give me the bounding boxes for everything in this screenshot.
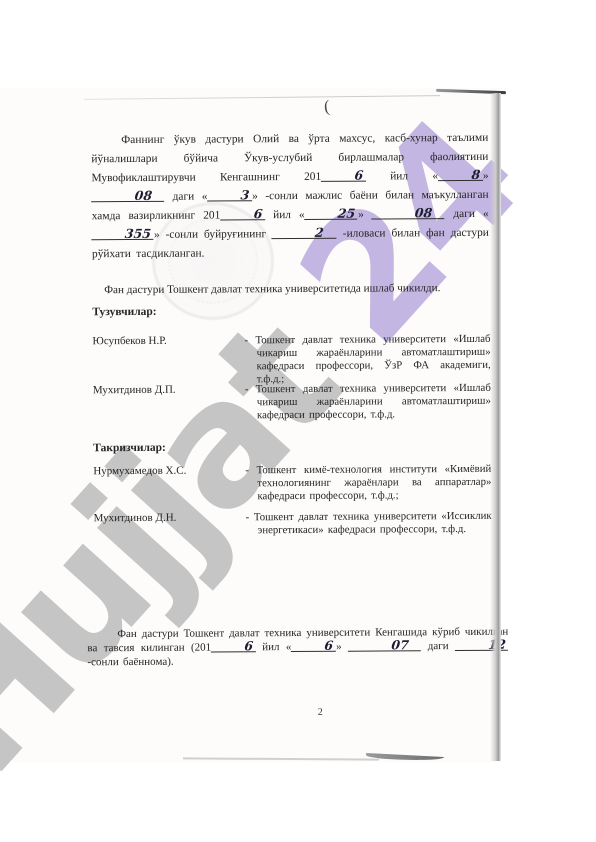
- p3-text: -сонли баённома).: [87, 655, 173, 668]
- handwritten-year-digit: 6: [321, 171, 367, 182]
- scanned-page: Hujjat 24 ( Фаннинг ўкув дастури Олий ва…: [0, 0, 596, 842]
- developed-at-line: Фан дастури Тошкент давлат техника униве…: [92, 281, 492, 297]
- dash: -: [244, 334, 255, 346]
- handwritten-day: 6: [291, 641, 337, 652]
- compiler-name: Юсупбеков Н.Р.: [92, 334, 242, 347]
- handwritten-day: 25: [304, 209, 358, 220]
- compiler-name: Мухитдинов Д.П.: [93, 383, 243, 396]
- dash: -: [245, 383, 256, 395]
- p3-text: йил «: [256, 641, 292, 653]
- handwritten-annex-number: 2: [272, 228, 338, 239]
- compilers-heading: Тузувчилар:: [92, 306, 156, 318]
- document-content: ( Фаннинг ўкув дастури Олий ва ўрта махс…: [0, 0, 596, 842]
- handwritten-year-digit: 6: [211, 641, 257, 652]
- handwritten-order-number: 355: [91, 229, 154, 240]
- compiler-description: - Тошкент давлат техника университети «И…: [244, 333, 490, 387]
- compiler-description: - Тошкент давлат техника университети «И…: [245, 382, 491, 423]
- handwritten-month: 08: [91, 191, 165, 202]
- handwritten-day: 8: [438, 170, 484, 181]
- p1-text: йил «: [265, 209, 305, 221]
- p1-text: даги «: [165, 191, 207, 203]
- p3-text: »: [336, 640, 348, 652]
- description-text: Тошкент давлат техника университети «Исс…: [254, 510, 492, 536]
- reviewer-name: Мухитдинов Д.Н.: [94, 511, 244, 524]
- reviewer-description: - Тошкент давлат техника университети «И…: [246, 510, 492, 538]
- approval-paragraph: Фаннинг ўкув дастури Олий ва ўрта махсус…: [91, 129, 489, 264]
- council-review-paragraph: Фан дастури Тошкент давлат техника униве…: [87, 626, 508, 670]
- page-number: 2: [318, 707, 323, 718]
- reviewers-heading: Такризчилар:: [93, 442, 166, 454]
- p1-text: » -сонли буйруғининг: [154, 229, 272, 242]
- handwritten-month: 08: [371, 208, 445, 219]
- description-text: Тошкент давлат техника университети «Ишл…: [256, 382, 491, 421]
- p3-text: даги: [421, 640, 455, 652]
- pen-paren-mark: (: [323, 97, 331, 118]
- p1-text: даги «: [445, 208, 489, 220]
- description-text: Тошкент кимё-технология институти «Кимёв…: [257, 463, 492, 502]
- reviewer-description: - Тошкент кимё-технология институти «Ким…: [245, 463, 491, 504]
- p1-text: йил «: [366, 171, 438, 183]
- p1-text: »: [358, 209, 372, 221]
- p1-text: »: [483, 170, 489, 182]
- scan-right-edge-shadow: [490, 93, 501, 761]
- handwritten-protocol-number: 3: [207, 191, 253, 202]
- handwritten-year-digit: 6: [220, 210, 266, 221]
- reviewer-name: Нурмухамедов Х.С.: [93, 464, 243, 477]
- description-text: Тошкент давлат техника университети «Ишл…: [255, 333, 490, 385]
- dash: -: [245, 464, 256, 476]
- handwritten-month: 07: [347, 640, 421, 651]
